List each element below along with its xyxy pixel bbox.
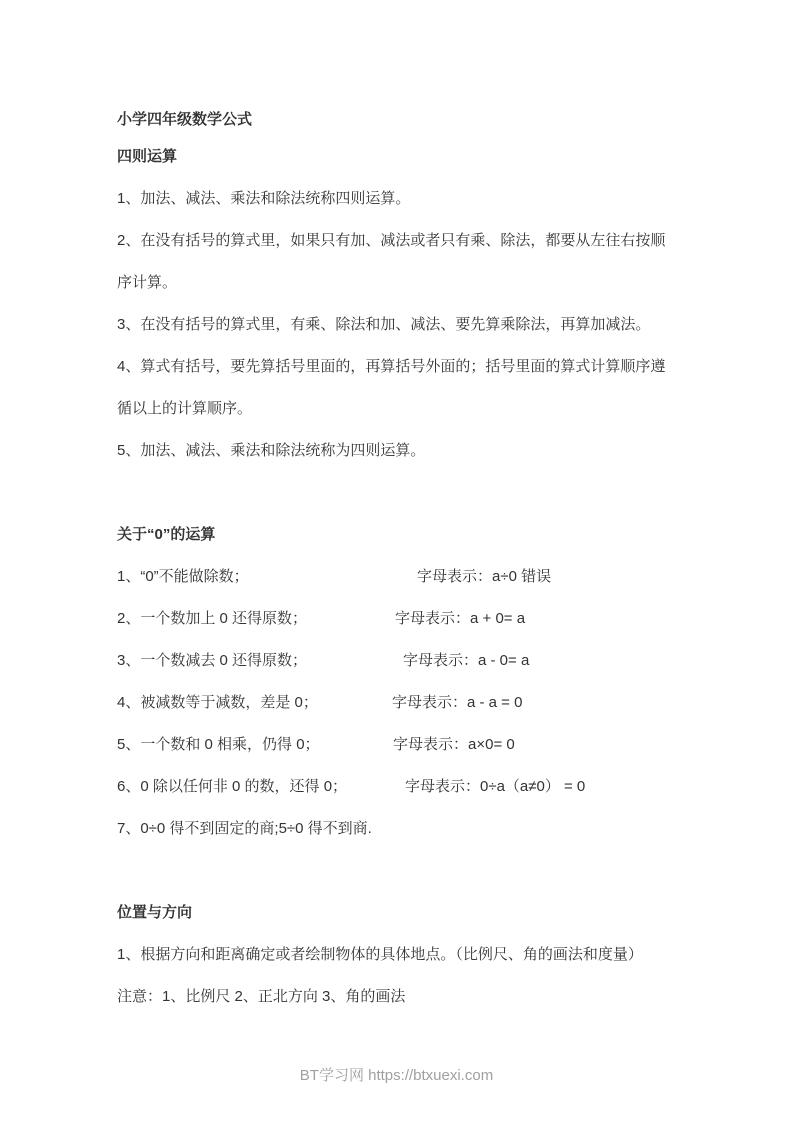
zero-rule-row-2: 2、一个数加上 0 还得原数； 字母表示：a + 0= a xyxy=(117,598,677,640)
zero-rule-row-3: 3、一个数减去 0 还得原数； 字母表示：a - 0= a xyxy=(117,640,677,682)
doc-title: 小学四年级数学公式 xyxy=(117,103,677,136)
zero-rule-text: 6、0 除以任何非 0 的数，还得 0； xyxy=(117,778,347,795)
zero-rule-row-6: 6、0 除以任何非 0 的数，还得 0； 字母表示：0÷a（a≠0） = 0 xyxy=(117,766,677,808)
section-heading-four-ops: 四则运算 xyxy=(117,136,677,178)
zero-rule-formula: 字母表示：a - 0= a xyxy=(403,640,529,682)
watermark: BT学习网 https://btxuexi.com xyxy=(0,1066,793,1086)
section-gap xyxy=(117,850,677,892)
zero-rule-text: 1、“0”不能做除数； xyxy=(117,568,249,585)
section-heading-zero-ops: 关于“0”的运算 xyxy=(117,514,677,556)
watermark-text: BT学习网 https://btxuexi.com xyxy=(300,1067,493,1084)
zero-rule-text: 2、一个数加上 0 还得原数； xyxy=(117,610,307,627)
zero-rule-formula: 字母表示：a - a = 0 xyxy=(392,682,522,724)
zero-rule-row-4: 4、被减数等于减数，差是 0； 字母表示：a - a = 0 xyxy=(117,682,677,724)
zero-rule-text: 3、一个数减去 0 还得原数； xyxy=(117,652,307,669)
zero-rule-formula: 字母表示：a÷0 错误 xyxy=(417,556,551,598)
document-page: 小学四年级数学公式 四则运算 1、加法、减法、乘法和除法统称四则运算。 2、在没… xyxy=(0,0,793,1122)
document-content: 小学四年级数学公式 四则运算 1、加法、减法、乘法和除法统称四则运算。 2、在没… xyxy=(117,103,677,1018)
zero-rule-text: 4、被减数等于减数，差是 0； xyxy=(117,694,318,711)
four-ops-paragraph-3: 3、在没有括号的算式里，有乘、除法和加、减法、要先算乘除法，再算加减法。 xyxy=(117,304,677,346)
zero-rule-row-5: 5、一个数和 0 相乘，仍得 0； 字母表示：a×0= 0 xyxy=(117,724,677,766)
section-heading-position: 位置与方向 xyxy=(117,892,677,934)
zero-rule-formula: 字母表示：a×0= 0 xyxy=(393,724,515,766)
position-note: 注意：1、比例尺 2、正北方向 3、角的画法 xyxy=(117,976,677,1018)
four-ops-paragraph-1: 1、加法、减法、乘法和除法统称四则运算。 xyxy=(117,178,677,220)
four-ops-paragraph-4: 4、算式有括号，要先算括号里面的，再算括号外面的；括号里面的算式计算顺序遵循以上… xyxy=(117,346,677,430)
four-ops-paragraph-5: 5、加法、减法、乘法和除法统称为四则运算。 xyxy=(117,430,677,472)
zero-rule-text: 5、一个数和 0 相乘，仍得 0； xyxy=(117,736,320,753)
zero-rule-formula: 字母表示：0÷a（a≠0） = 0 xyxy=(405,766,585,808)
zero-rule-row-1: 1、“0”不能做除数； 字母表示：a÷0 错误 xyxy=(117,556,677,598)
four-ops-paragraph-2: 2、在没有括号的算式里，如果只有加、减法或者只有乘、除法，都要从左往右按顺序计算… xyxy=(117,220,677,304)
zero-rule-formula: 字母表示：a + 0= a xyxy=(395,598,525,640)
zero-rule-paragraph-7: 7、0÷0 得不到固定的商;5÷0 得不到商. xyxy=(117,808,677,850)
position-paragraph-1: 1、根据方向和距离确定或者绘制物体的具体地点。（比例尺、角的画法和度量） xyxy=(117,934,677,976)
section-gap xyxy=(117,472,677,514)
